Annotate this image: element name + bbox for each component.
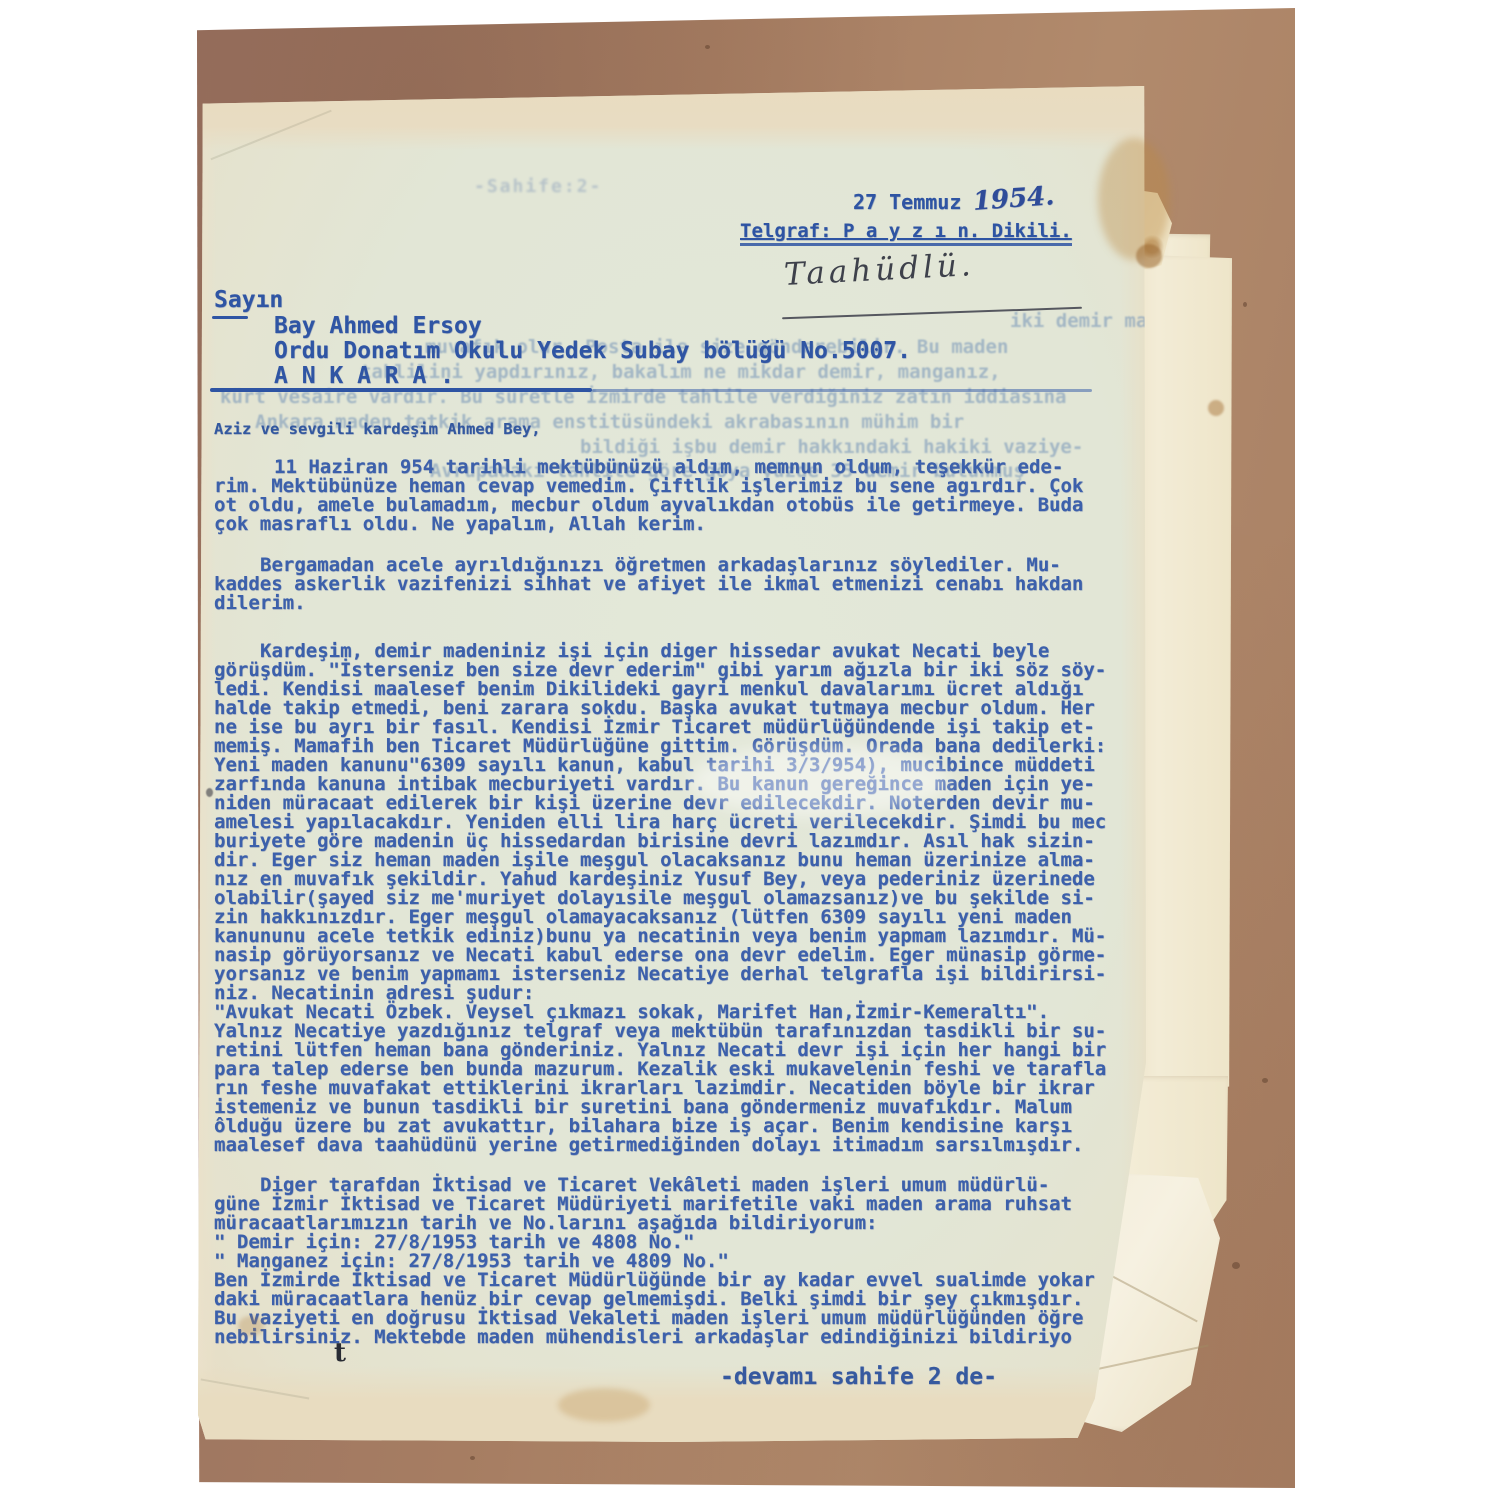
handwritten-correction-t: t: [334, 1338, 346, 1368]
cardboard-speck: [470, 1456, 475, 1460]
recipient-address: Ordu Donatım Okulu Yedek Subay bölüğü No…: [274, 339, 911, 364]
recipient-name: Bay Ahmed Ersoy: [274, 314, 482, 339]
page-number-ghost: -Sahife:2-: [474, 176, 602, 197]
ghost-line: bildiği işbu demir hakkındaki hakiki vaz…: [580, 436, 1083, 458]
scan-glare: [690, 745, 950, 817]
cardboard-speck: [1232, 1262, 1240, 1269]
stain-under-sheet: [1208, 400, 1224, 416]
paragraph-1: 11 Haziran 954 tarihli mektübünüzü aldım…: [214, 458, 1140, 534]
letter-page: -Sahife:2- iki demir madeni numune muvaf…: [198, 86, 1146, 1442]
stain-bottom-left: [238, 1316, 264, 1336]
paragraph-2: Bergamadan acele ayrıldığınızı öğretmen …: [214, 556, 1140, 613]
salutation-underline: [212, 316, 248, 319]
date-line: 27 Temmuz 1954.: [853, 192, 1055, 212]
recipient-city: A N K A R A .: [274, 364, 454, 389]
recipient-salutation: Sayın: [214, 288, 283, 313]
city-underline-light: [592, 389, 1092, 392]
crease-line: [210, 110, 331, 160]
telegraph-line: Telgraf: P a y z ı n. Dikili.: [740, 222, 1072, 246]
paragraph-4: Diger tarafdan İktisad ve Ticaret Vekâle…: [214, 1176, 1140, 1347]
cardboard-speck: [705, 45, 710, 49]
paragraph-3: Kardeşim, demir madeniniz işi için diger…: [214, 642, 1140, 1155]
crease-line: [201, 1378, 310, 1399]
stain-bottom-center: [558, 1388, 650, 1422]
stain-top-right: [1098, 138, 1170, 260]
photographed-letter: -Sahife:2- iki demir madeni numune muvaf…: [0, 0, 1500, 1500]
greeting: Aziz ve sevgili kardeşim Ahmed Bey,: [214, 420, 541, 439]
page-footer: -devamı sahife 2 de-: [720, 1368, 997, 1387]
cardboard-speck: [1243, 302, 1247, 307]
handwritten-note: Taahüdlü.: [783, 247, 975, 293]
ink-speck: [206, 788, 213, 797]
date-typed: 27 Temmuz: [853, 190, 973, 214]
date-handwritten: 1954.: [973, 187, 1056, 212]
cardboard-speck: [1262, 1078, 1268, 1083]
ghost-line: tahlilini yapdırınız, bakalım ne mikdar …: [360, 361, 1001, 383]
stain-top-right-dark: [1136, 244, 1162, 268]
city-underline-dark: [210, 388, 592, 392]
